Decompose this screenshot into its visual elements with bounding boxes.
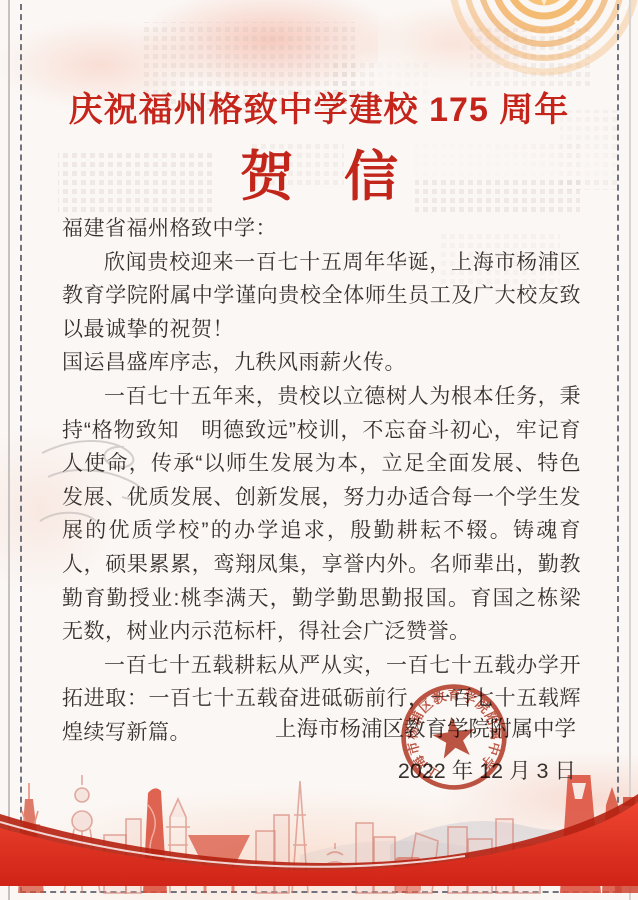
salutation: 福建省福州格致中学： xyxy=(62,212,581,246)
letter-title: 庆祝福州格致中学建校 175 周年 xyxy=(0,82,638,131)
signature-date: 2022 年 12 月 3 日 xyxy=(275,756,576,786)
letter-body: 福建省福州格致中学： 欣闻贵校迎来一百七十五周年华诞，上海市杨浦区教育学院附属中… xyxy=(62,212,581,750)
letter-subtitle: 贺信 xyxy=(0,134,638,211)
paragraph-2: 国运昌盛库序志，九秩风雨薪火传。 xyxy=(62,346,581,380)
signature-school-name: 上海市杨浦区教育学院附属中学 xyxy=(275,714,576,744)
paragraph-1: 欣闻贵校迎来一百七十五周年华诞，上海市杨浦区教育学院附属中学谨向贵校全体师生员工… xyxy=(62,246,581,347)
congratulatory-letter-page: 庆祝福州格致中学建校 175 周年 贺信 福建省福州格致中学： 欣闻贵校迎来一百… xyxy=(0,0,638,900)
paragraph-3: 一百七十五年来，贵校以立德树人为根本任务，秉持“格物致知 明德致远”校训，不忘奋… xyxy=(62,380,581,649)
signature-block: 上海市杨浦区教育学院附属中学 2022 年 12 月 3 日 xyxy=(275,714,576,786)
